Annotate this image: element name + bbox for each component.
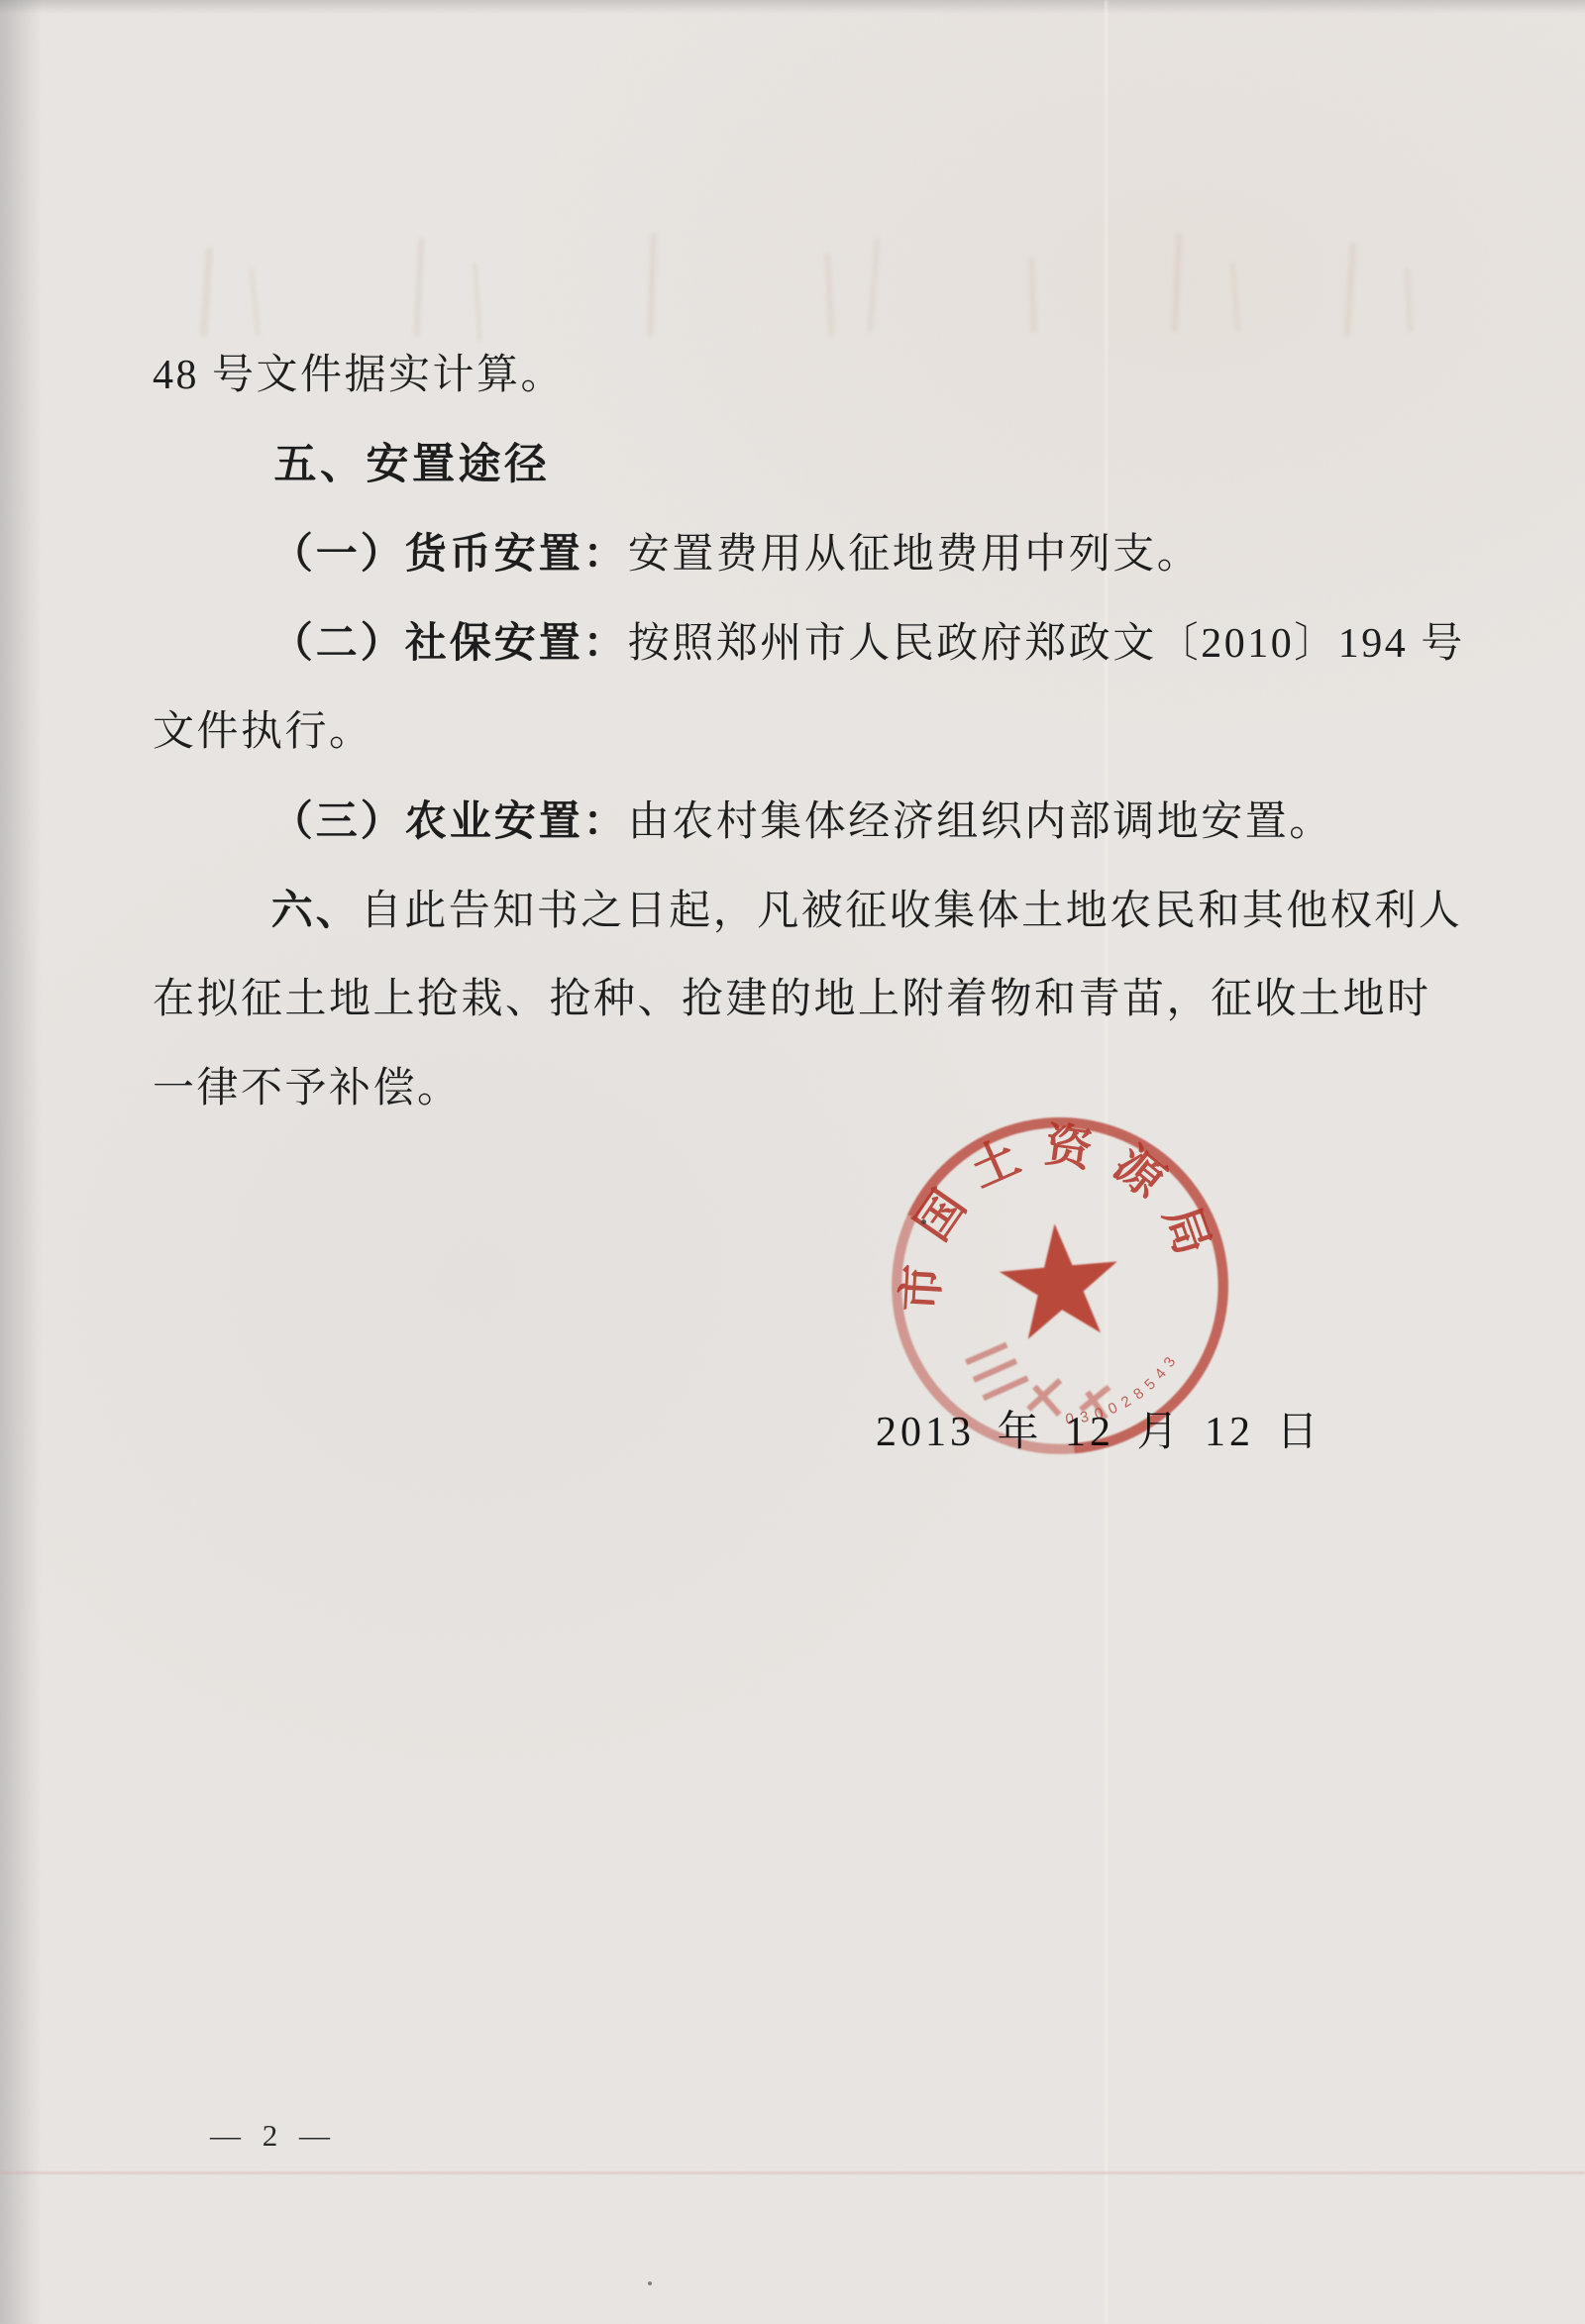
paragraph-line: （二）社保安置：按照郑州市人民政府郑政文〔2010〕194 号 [153,598,1455,687]
scanned-document-page: { "doc": { "lines": [ {"text": "48 号文件据实… [0,0,1585,2324]
paragraph-line: 在拟征土地上抢栽、抢种、抢建的地上附着物和青苗，征收土地时 [153,955,1455,1044]
line-text: 安置费用从征地费用中列支。 [628,532,1202,578]
line-text: 文件执行。 [153,709,373,755]
item-label: 六、 [271,887,361,933]
paragraph-line: 一律不予补偿。 [153,1044,1455,1133]
scan-artifact-line [0,2171,1585,2174]
paragraph-line: （一）货币安置：安置费用从征地费用中列支。 [153,509,1455,598]
section-heading: 五、安置途径 [153,420,1455,509]
page-edge-shadow-left [0,0,42,2324]
paragraph-line: 六、自此告知书之日起，凡被征收集体土地农民和其他权利人 [153,866,1455,955]
line-text: 由农村集体经济组织内部调地安置。 [628,799,1333,845]
paragraph-line: 48 号文件据实计算。 [153,331,1455,420]
page-edge-shadow-top [0,0,1585,14]
line-text: 自此告知书之日起，凡被征收集体土地农民和其他权利人 [361,889,1463,934]
page-number: — 2 — [210,2118,337,2154]
seal-serial-number: 030028543 [1060,1347,1189,1428]
paragraph-line: （三）农业安置：由农村集体经济组织内部调地安置。 [153,777,1455,866]
item-label: （一）货币安置： [271,530,628,577]
line-text: 在拟征土地上抢栽、抢种、抢建的地上附着物和青苗，征收土地时 [153,977,1431,1022]
document-body: 48 号文件据实计算。 五、安置途径 （一）货币安置：安置费用从征地费用中列支。… [153,331,1455,1133]
line-text: 一律不予补偿。 [153,1066,462,1111]
official-red-seal: 市国土资源局 030028543 [865,1091,1255,1481]
line-text: 按照郑州市人民政府郑政文〔2010〕194 号 [628,621,1465,667]
seal-star-icon [996,1218,1123,1340]
scan-speck [921,1219,926,1224]
heading-text: 五、安置途径 [274,441,551,488]
paragraph-line: 文件执行。 [153,687,1455,777]
line-text: 48 号文件据实计算。 [153,353,565,398]
scan-speck [648,2281,652,2285]
item-label: （三）农业安置： [271,797,628,844]
item-label: （二）社保安置： [271,619,628,666]
